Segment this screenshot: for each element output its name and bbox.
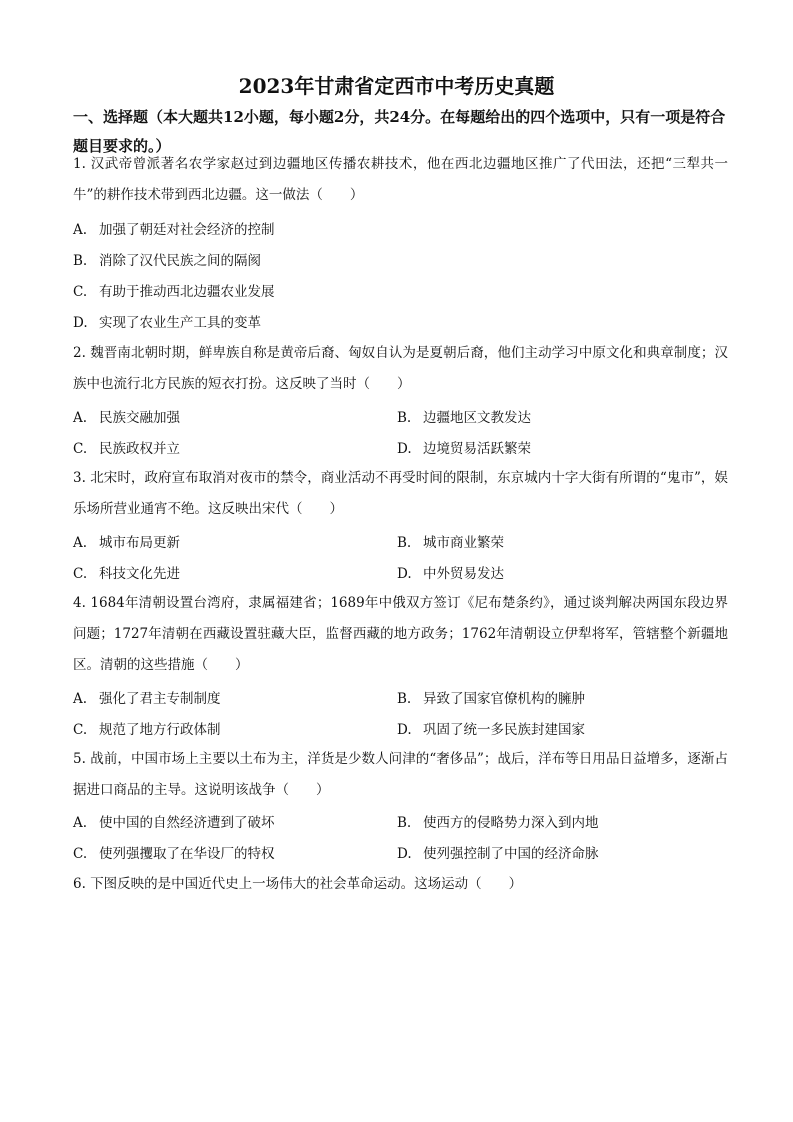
option-text: 使中国的自然经济遭到了破坏 xyxy=(99,815,275,831)
option-text: 边境贸易活跃繁荣 xyxy=(423,441,531,457)
option-letter: A. xyxy=(73,813,99,833)
question-2-option-b: B.边疆地区文教发达 xyxy=(397,408,531,428)
question-number: 2. xyxy=(73,345,86,361)
option-letter: A. xyxy=(73,220,99,240)
question-text: 汉武帝曾派著名农学家赵过到边疆地区传播农耕技术，他在西北边疆地区推广了代田法，还… xyxy=(73,156,728,203)
option-letter: C. xyxy=(73,844,99,864)
option-text: 使列强攫取了在华设厂的特权 xyxy=(99,846,275,862)
question-3-option-d: D.中外贸易发达 xyxy=(397,564,504,584)
option-text: 科技文化先进 xyxy=(99,566,180,582)
question-4-option-a: A.强化了君主专制制度 xyxy=(73,689,221,709)
question-4-option-c: C.规范了地方行政体制 xyxy=(73,720,221,740)
option-letter: C. xyxy=(73,720,99,740)
question-2-stem: 2. 魏晋南北朝时期，鲜卑族自称是黄帝后裔、匈奴自认为是夏朝后裔，他们主动学习中… xyxy=(73,338,728,400)
option-text: 异致了国家官僚机构的臃肿 xyxy=(423,691,585,707)
option-letter: B. xyxy=(397,533,423,553)
question-3-stem: 3. 北宋时，政府宣布取消对夜市的禁令，商业活动不再受时间的限制，东京城内十字大… xyxy=(73,463,728,525)
question-5-stem: 5. 战前，中国市场上主要以土布为主，洋货是少数人问津的“奢侈品”；战后，洋布等… xyxy=(73,744,728,806)
question-2-option-d: D.边境贸易活跃繁荣 xyxy=(397,439,531,459)
option-text: 民族交融加强 xyxy=(99,410,180,426)
option-letter: B. xyxy=(397,689,423,709)
option-text: 实现了农业生产工具的变革 xyxy=(99,315,261,331)
option-letter: B. xyxy=(397,408,423,428)
question-4-stem: 4. 1684年清朝设置台湾府，隶属福建省；1689年中俄双方签订《尼布楚条约》… xyxy=(73,588,728,681)
option-letter: D. xyxy=(397,844,423,864)
question-number: 5. xyxy=(73,751,86,767)
option-letter: D. xyxy=(397,564,423,584)
question-4-option-d: D.巩固了统一多民族封建国家 xyxy=(397,720,585,740)
question-3-option-a: A.城市布局更新 xyxy=(73,533,180,553)
option-text: 民族政权并立 xyxy=(99,441,180,457)
question-2-option-c: C.民族政权并立 xyxy=(73,439,180,459)
question-text: 战前，中国市场上主要以土布为主，洋货是少数人问津的“奢侈品”；战后，洋布等日用品… xyxy=(73,751,728,798)
option-text: 使西方的侵略势力深入到内地 xyxy=(423,815,599,831)
option-text: 使列强控制了中国的经济命脉 xyxy=(423,846,599,862)
option-text: 有助于推动西北边疆农业发展 xyxy=(99,284,275,300)
question-1-option-d: D.实现了农业生产工具的变革 xyxy=(73,313,261,333)
option-letter: A. xyxy=(73,533,99,553)
option-letter: C. xyxy=(73,439,99,459)
option-letter: B. xyxy=(397,813,423,833)
question-number: 4. xyxy=(73,595,86,611)
question-text: 魏晋南北朝时期，鲜卑族自称是黄帝后裔、匈奴自认为是夏朝后裔，他们主动学习中原文化… xyxy=(73,345,728,392)
exam-page: 2023年甘肃省定西市中考历史真题 一、选择题（本大题共12小题，每小题2分，共… xyxy=(0,0,793,1122)
question-3-option-c: C.科技文化先进 xyxy=(73,564,180,584)
option-letter: D. xyxy=(397,720,423,740)
question-6-stem: 6. 下图反映的是中国近代史上一场伟大的社会革命运动。这场运动（ ） xyxy=(73,869,728,900)
page-title: 2023年甘肃省定西市中考历史真题 xyxy=(0,72,793,100)
question-1-option-a: A.加强了朝廷对社会经济的控制 xyxy=(73,220,275,240)
question-number: 3. xyxy=(73,470,86,486)
option-text: 城市布局更新 xyxy=(99,535,180,551)
question-5-option-d: D.使列强控制了中国的经济命脉 xyxy=(397,844,599,864)
question-1-stem: 1. 汉武帝曾派著名农学家赵过到边疆地区传播农耕技术，他在西北边疆地区推广了代田… xyxy=(73,149,728,211)
option-text: 强化了君主专制制度 xyxy=(99,691,221,707)
question-5-option-c: C.使列强攫取了在华设厂的特权 xyxy=(73,844,275,864)
question-1-option-b: B.消除了汉代民族之间的隔阂 xyxy=(73,251,261,271)
question-2-option-a: A.民族交融加强 xyxy=(73,408,180,428)
question-text: 1684年清朝设置台湾府，隶属福建省；1689年中俄双方签订《尼布楚条约》，通过… xyxy=(73,595,728,673)
option-letter: C. xyxy=(73,564,99,584)
question-1-option-c: C.有助于推动西北边疆农业发展 xyxy=(73,282,275,302)
option-text: 消除了汉代民族之间的隔阂 xyxy=(99,253,261,269)
option-letter: C. xyxy=(73,282,99,302)
question-5-option-b: B.使西方的侵略势力深入到内地 xyxy=(397,813,599,833)
option-letter: B. xyxy=(73,251,99,271)
option-letter: A. xyxy=(73,689,99,709)
option-text: 边疆地区文教发达 xyxy=(423,410,531,426)
question-3-option-b: B.城市商业繁荣 xyxy=(397,533,504,553)
option-text: 巩固了统一多民族封建国家 xyxy=(423,722,585,738)
option-text: 加强了朝廷对社会经济的控制 xyxy=(99,222,275,238)
question-5-option-a: A.使中国的自然经济遭到了破坏 xyxy=(73,813,275,833)
option-text: 规范了地方行政体制 xyxy=(99,722,221,738)
option-letter: D. xyxy=(73,313,99,333)
question-text: 北宋时，政府宣布取消对夜市的禁令，商业活动不再受时间的限制，东京城内十字大街有所… xyxy=(73,470,728,517)
question-text: 下图反映的是中国近代史上一场伟大的社会革命运动。这场运动（ ） xyxy=(90,876,522,892)
question-4-option-b: B.异致了国家官僚机构的臃肿 xyxy=(397,689,585,709)
option-text: 中外贸易发达 xyxy=(423,566,504,582)
option-text: 城市商业繁荣 xyxy=(423,535,504,551)
question-number: 6. xyxy=(73,876,86,892)
option-letter: D. xyxy=(397,439,423,459)
question-number: 1. xyxy=(73,156,86,172)
option-letter: A. xyxy=(73,408,99,428)
